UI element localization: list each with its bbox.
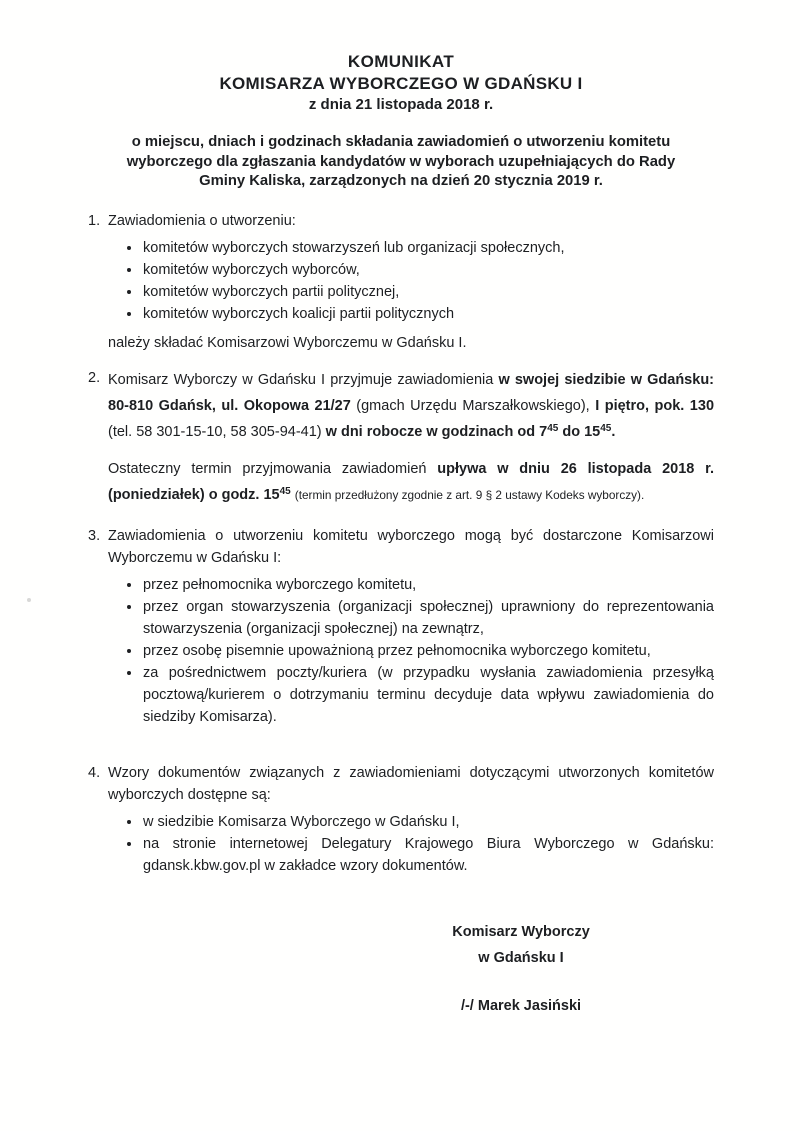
bullet-item: komitetów wyborczych koalicji partii pol… (142, 303, 714, 325)
bullet-item: za pośrednictwem poczty/kuriera (w przyp… (142, 662, 714, 728)
signature-name: /-/ Marek Jasiński (406, 993, 636, 1019)
bullet-item: na stronie internetowej Delegatury Krajo… (142, 833, 714, 877)
section-2: 2. Komisarz Wyborczy w Gdańsku I przyjmu… (88, 367, 714, 508)
section-4: 4. Wzory dokumentów związanych z zawiado… (88, 762, 714, 877)
section-2-content: Komisarz Wyborczy w Gdańsku I przyjmuje … (108, 367, 714, 508)
section-1: 1. Zawiadomienia o utworzeniu: komitetów… (88, 210, 714, 354)
bullet-item: komitetów wyborczych stowarzyszeń lub or… (142, 237, 714, 259)
scan-artifact-dot (27, 598, 31, 602)
signature-role-line1: Komisarz Wyborczy (406, 919, 636, 945)
text-segment: 45 (600, 423, 611, 434)
document-issuer-line: KOMISARZA WYBORCZEGO W GDAŃSKU I (88, 73, 714, 94)
section-3-number: 3. (88, 525, 108, 728)
bullet-item: przez organ stowarzyszenia (organizacji … (142, 596, 714, 640)
text-segment: Ostateczny termin przyjmowania zawiadomi… (108, 461, 437, 477)
section-3: 3. Zawiadomienia o utworzeniu komitetu w… (88, 525, 714, 728)
bullet-item: przez pełnomocnika wyborczego komitetu, (142, 574, 714, 596)
section-3-content: Zawiadomienia o utworzeniu komitetu wybo… (108, 525, 714, 728)
text-segment: 45 (547, 423, 558, 434)
deadline-paragraph: Ostateczny termin przyjmowania zawiadomi… (108, 456, 714, 508)
text-segment: do 15 (558, 424, 600, 440)
section-1-number: 1. (88, 210, 108, 354)
venue-hours-paragraph: Komisarz Wyborczy w Gdańsku I przyjmuje … (108, 367, 714, 445)
text-segment: (termin przedłużony zgodnie z art. 9 § 2… (295, 488, 644, 502)
text-segment: Komisarz Wyborczy w Gdańsku I przyjmuje … (108, 372, 498, 388)
section-4-bullets: w siedzibie Komisarza Wyborczego w Gdańs… (108, 811, 714, 877)
text-segment: w dni robocze w godzinach od 7 (326, 424, 548, 440)
bullet-item: w siedzibie Komisarza Wyborczego w Gdańs… (142, 811, 714, 833)
bullet-item: przez osobę pisemnie upoważnioną przez p… (142, 640, 714, 662)
section-3-bullets: przez pełnomocnika wyborczego komitetu,p… (108, 574, 714, 728)
text-segment: 45 (280, 486, 291, 497)
section-3-intro: Zawiadomienia o utworzeniu komitetu wybo… (108, 525, 714, 569)
section-2-number: 2. (88, 367, 108, 508)
document-date-line: z dnia 21 listopada 2018 r. (88, 95, 714, 115)
text-segment: I piętro, pok. 130 (595, 398, 714, 414)
document-page: KOMUNIKAT KOMISARZA WYBORCZEGO W GDAŃSKU… (0, 0, 800, 1131)
sections-list: 1. Zawiadomienia o utworzeniu: komitetów… (88, 210, 714, 877)
section-4-number: 4. (88, 762, 108, 877)
document-subject: o miejscu, dniach i godzinach składania … (105, 133, 697, 192)
section-1-intro: Zawiadomienia o utworzeniu: (108, 210, 714, 232)
text-segment: (tel. 58 301-15-10, 58 305-94-41) (108, 424, 326, 440)
section-1-content: Zawiadomienia o utworzeniu: komitetów wy… (108, 210, 714, 354)
signature-block: Komisarz Wyborczy w Gdańsku I /-/ Marek … (406, 919, 636, 1019)
text-segment: . (611, 424, 615, 440)
bullet-item: komitetów wyborczych partii politycznej, (142, 281, 714, 303)
document-header: KOMUNIKAT KOMISARZA WYBORCZEGO W GDAŃSKU… (88, 52, 714, 115)
section-1-outro: należy składać Komisarzowi Wyborczemu w … (108, 332, 714, 354)
bullet-item: komitetów wyborczych wyborców, (142, 259, 714, 281)
section-4-intro: Wzory dokumentów związanych z zawiadomie… (108, 762, 714, 806)
text-segment: (gmach Urzędu Marszałkowskiego), (351, 398, 595, 414)
signature-role-line2: w Gdańsku I (406, 945, 636, 971)
section-4-content: Wzory dokumentów związanych z zawiadomie… (108, 762, 714, 877)
section-1-bullets: komitetów wyborczych stowarzyszeń lub or… (108, 237, 714, 325)
document-title: KOMUNIKAT (88, 52, 714, 72)
